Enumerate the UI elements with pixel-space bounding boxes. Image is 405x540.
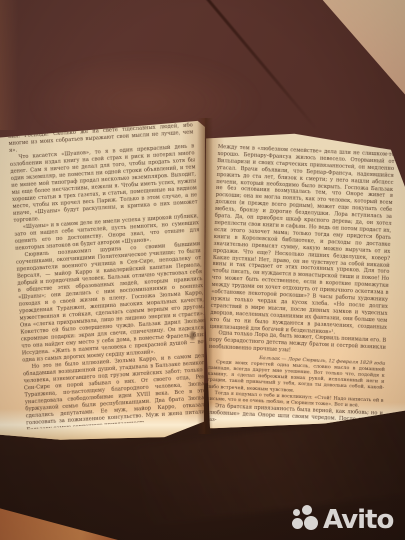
book-gutter-shadow [197, 118, 213, 434]
avito-logo-circle [293, 509, 300, 516]
paragraph: Но это не было иллюзией. Зюльма Карро, и… [23, 353, 212, 429]
text-block-left: ния. Господи! Сколько же на свете тщесла… [8, 122, 211, 429]
cloth-fold-highlight [0, 0, 18, 130]
page-footer-left: 102 [27, 428, 211, 430]
page-number-left: 102 [27, 428, 211, 430]
paragraph: Сюрвиль познакомил шурина со своими бывш… [15, 241, 207, 364]
avito-watermark: Avito [291, 498, 403, 534]
avito-logo-circle [302, 505, 312, 515]
left-page: ния. Господи! Сколько же на свете тщесла… [0, 119, 206, 441]
paragraph: Что касается «Шуанов», то я в один прекр… [9, 143, 198, 224]
right-page: Между тем в «любезном семействе» дела шл… [204, 116, 405, 438]
ink-smudge [190, 331, 195, 340]
avito-logo-circle [304, 516, 318, 530]
avito-logo-circle [292, 518, 303, 529]
text-block-right: Между тем в «любезном семействе» дела шл… [205, 144, 395, 444]
avito-logo-icon [291, 505, 320, 534]
paragraph: Между тем в «любезном семействе» дела шл… [210, 144, 395, 338]
listing-photo: ния. Господи! Сколько же на свете тщесла… [0, 0, 405, 540]
avito-wordmark: Avito [323, 506, 393, 534]
